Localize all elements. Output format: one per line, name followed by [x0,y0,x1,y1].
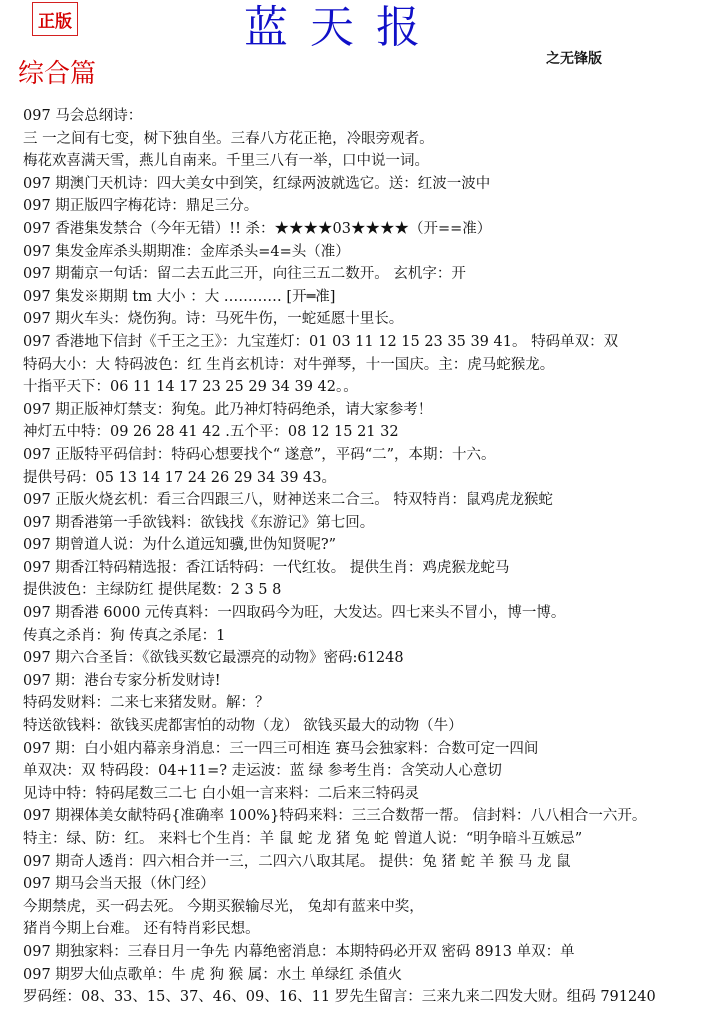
text-line: 097 期火车头：烧伤狗。诗：马死牛伤，一蛇延愿十里长。 [23,308,694,331]
text-line: 097 期奇人透肖：四六相合并一三，二四六八取其尾。 提供：兔 猪 蛇 羊 猴 … [23,851,694,874]
text-line: 097 期马会当天报（休门经） [23,873,694,896]
text-line: 特主：绿、防：红。 来料七个生肖：羊 鼠 蛇 龙 猪 兔 蛇 曾道人说：“明争暗… [23,828,694,851]
text-line: 097 期葡京一句话：留二去五此三开，向往三五二数开。 玄机字：开 [23,263,694,286]
text-line: 梅花欢喜满天雪，燕儿自南来。千里三八有一举，口中说一词。 [23,150,694,173]
text-line: 十指平天下：06 11 14 17 23 25 29 34 39 42。。 [23,376,694,399]
text-line: 097 香港集发禁合（今年无错）!! 杀：★★★★03★★★★（开==准） [23,218,694,241]
text-line: 097 期香港第一手欲钱料：欲钱找《东游记》第七回。 [23,512,694,535]
text-line: 097 期：港台专家分析发财诗! [23,670,694,693]
text-line: 097 期罗大仙点歌单：牛 虎 狗 猴 属：水土 单绿红 杀值火 [23,964,694,987]
text-line: 见诗中特：特码尾数三二七 白小姐一言来料：二后来三特码灵 [23,783,694,806]
text-line: 097 正版火烧玄机：看三合四跟三八，财神送来二合三。 特双特肖：鼠鸡虎龙猴蛇 [23,489,694,512]
text-line: 今期禁虎，买一码去死。 今期买猴输尽光， 兔却有蓝来中奖， [23,896,694,919]
text-line: 神灯五中特：09 26 28 41 42 .五个平：08 12 15 21 32 [23,421,694,444]
section-title: 综合篇 [18,58,96,90]
text-line: 特送欲钱料：欲钱买虎都害怕的动物（龙） 欲钱买最大的动物（牛） [23,715,694,738]
text-line: 097 期香港 6000 元传真料：一四取码今为旺，大发达。四七来头不冒小，博一… [23,602,694,625]
edition-label: 之无锋版 [546,48,602,68]
text-line: 特码大小：大 特码波色：红 生肖玄机诗：对牛弹琴，十一国庆。主：虎马蛇猴龙。 [23,354,694,377]
text-line: 097 期曾道人说：为什么道远知骥,世伪知贤呢?” [23,534,694,557]
text-line: 097 期正版神灯禁支：狗兔。此乃神灯特码绝杀，请大家参考！ [23,399,694,422]
text-line: 097 期：白小姐内幕亲身消息：三一四三可相连 赛马会独家料：合数可定一四间 [23,738,694,761]
text-line: 097 期澳门天机诗：四大美女中到笑，红绿两波就选它。送：红波一波中 [23,173,694,196]
article-body: 097 马会总纲诗： 三 一之间有七变，树下独自坐。三春八方花正艳，冷眼旁观者。… [23,105,694,1009]
text-line: 097 马会总纲诗： [23,105,694,128]
text-line: 097 香港地下信封《千王之王》：九宝莲灯：01 03 11 12 15 23 … [23,331,694,354]
text-line: 特码发财料：二来七来猪发财。解：？ [23,692,694,715]
text-line: 097 期香江特码精选报：香江话特码：一代红妆。 提供生肖：鸡虎猴龙蛇马 [23,557,694,580]
text-line: 提供波色：主绿防红 提供尾数：2 3 5 8 [23,579,694,602]
newspaper-title: 蓝天报 [244,2,442,54]
text-line: 097 期正版四字梅花诗：鼎足三分。 [23,195,694,218]
text-line: 三 一之间有七变，树下独自坐。三春八方花正艳，冷眼旁观者。 [23,128,694,151]
text-line: 提供号码：05 13 14 17 24 26 29 34 39 43。 [23,467,694,490]
authentic-badge: 正版 [32,2,78,36]
text-line: 097 正版特平码信封：特码心想要找个“ 遂意”，平码“二”，本期：十六。 [23,444,694,467]
text-line: 097 集发金库杀头期期准：金库杀头=4=头（准） [23,241,694,264]
text-line: 097 期六合圣旨：《欲钱买数它最漂亮的动物》密码:61248 [23,647,694,670]
text-line: 罗码绖：08、33、15、37、46、09、16、11 罗先生留言：三来九来二四… [23,986,694,1009]
text-line: 097 期独家料：三春日月一争先 内幕绝密消息：本期特码必开双 密码 8913 … [23,941,694,964]
text-line: 097 集发※期期 tm 大小 ：大 ………… [开═准] [23,286,694,309]
text-line: 097 期裸体美女献特码{准确率 100%}特码来料：三三合数帮一帮。 信封料：… [23,805,694,828]
text-line: 单双决：双 特码段：04+11=? 走运波：蓝 绿 参考生肖：含笑动人心意切 [23,760,694,783]
text-line: 传真之杀肖：狗 传真之杀尾：1 [23,625,694,648]
text-line: 猪肖今期上台难。 还有特肖彩民想。 [23,918,694,941]
